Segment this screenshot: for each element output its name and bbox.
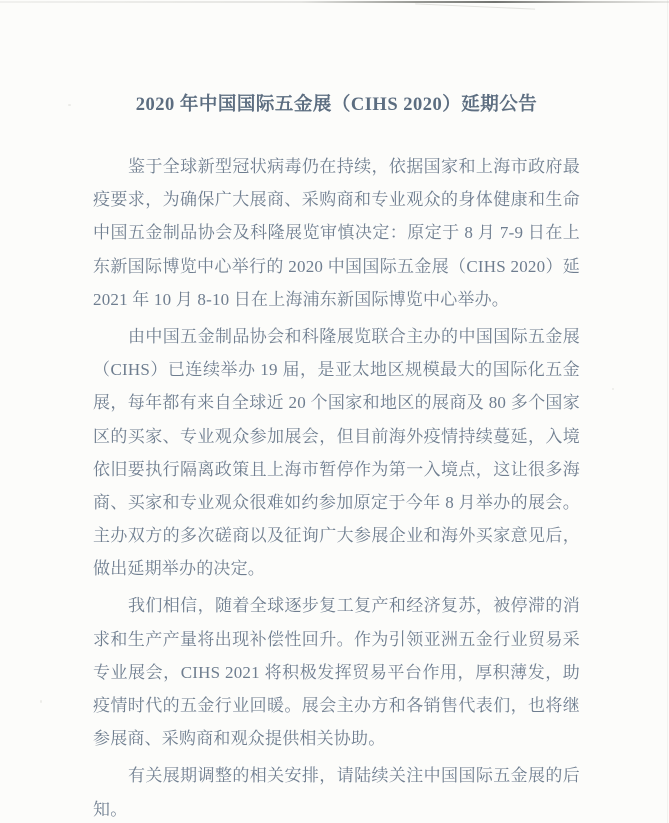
paragraph-1: 鉴于全球新型冠状病毒仍在持续，依据国家和上海市政府最新防 疫要求，为确保广大展商… [93, 150, 580, 316]
text-line: 主办双方的多次磋商以及征询广大参展企业和海外买家意见后，最终 [93, 519, 580, 552]
paragraph-4: 有关展期调整的相关安排，请陆续关注中国国际五金展的后续通 知。 [93, 759, 580, 823]
scan-right-edge-artifact [667, 0, 668, 823]
text-line: 鉴于全球新型冠状病毒仍在持续，依据国家和上海市政府最新防 [93, 150, 580, 183]
text-line: 由中国五金制品协会和科隆展览联合主办的中国国际五金展 [93, 320, 580, 353]
text-line: 求和生产产量将出现补偿性回升。作为引领亚洲五金行业贸易采购的 [93, 623, 580, 656]
text-line: 参展商、采购商和观众提供相关协助。 [93, 722, 580, 755]
text-line: 商、买家和专业观众很难如约参加原定于今年 8 月举办的展会。经过 [93, 486, 580, 519]
text-line: 中国五金制品协会及科隆展览审慎决定：原定于 8 月 7-9 日在上海浦 [93, 216, 580, 249]
paper-speck [68, 104, 71, 106]
text-line: 东新国际博览中心举行的 2020 中国国际五金展（CIHS 2020）延期至 [93, 250, 580, 283]
paragraph-3: 我们相信，随着全球逐步复工复产和经济复苏，被停滞的消费需 求和生产产量将出现补偿… [93, 589, 580, 755]
text-line: 疫要求，为确保广大展商、采购商和专业观众的身体健康和生命安全， [93, 183, 580, 216]
scan-edge-artifact [0, 1, 669, 3]
text-line: 专业展会，CIHS 2021 将积极发挥贸易平台作用，厚积薄发，助力后 [93, 656, 580, 689]
text-line: 疫情时代的五金行业回暖。展会主办方和各销售代表们，也将继续为 [93, 689, 580, 722]
scanned-document-page: 2020 年中国国际五金展（CIHS 2020）延期公告 鉴于全球新型冠状病毒仍… [0, 0, 669, 823]
text-line: 2021 年 10 月 8-10 日在上海浦东新国际博览中心举办。 [93, 283, 580, 316]
document-body: 鉴于全球新型冠状病毒仍在持续，依据国家和上海市政府最新防 疫要求，为确保广大展商… [93, 150, 580, 823]
text-line: 区的买家、专业观众参加展会，但目前海外疫情持续蔓延，入境人员 [93, 420, 580, 453]
text-line: 知。 [93, 793, 580, 823]
document-title: 2020 年中国国际五金展（CIHS 2020）延期公告 [93, 90, 580, 116]
text-line: 展，每年都有来自全球近 20 个国家和地区的展商及 80 多个国家和地 [93, 386, 580, 419]
scan-smudge-artifact [415, 3, 535, 15]
paper-speck [40, 700, 42, 703]
paragraph-2: 由中国五金制品协会和科隆展览联合主办的中国国际五金展 （CIHS）已连续举办 1… [93, 320, 580, 586]
text-line: 有关展期调整的相关安排，请陆续关注中国国际五金展的后续通 [93, 759, 580, 792]
text-line: （CIHS）已连续举办 19 届，是亚太地区规模最大的国际化五金专业 [93, 353, 580, 386]
text-line: 我们相信，随着全球逐步复工复产和经济复苏，被停滞的消费需 [93, 589, 580, 622]
paper-speck [612, 388, 614, 390]
text-line: 做出延期举办的决定。 [93, 552, 580, 585]
text-line: 依旧要执行隔离政策且上海市暂停作为第一入境点，这让很多海外展 [93, 453, 580, 486]
